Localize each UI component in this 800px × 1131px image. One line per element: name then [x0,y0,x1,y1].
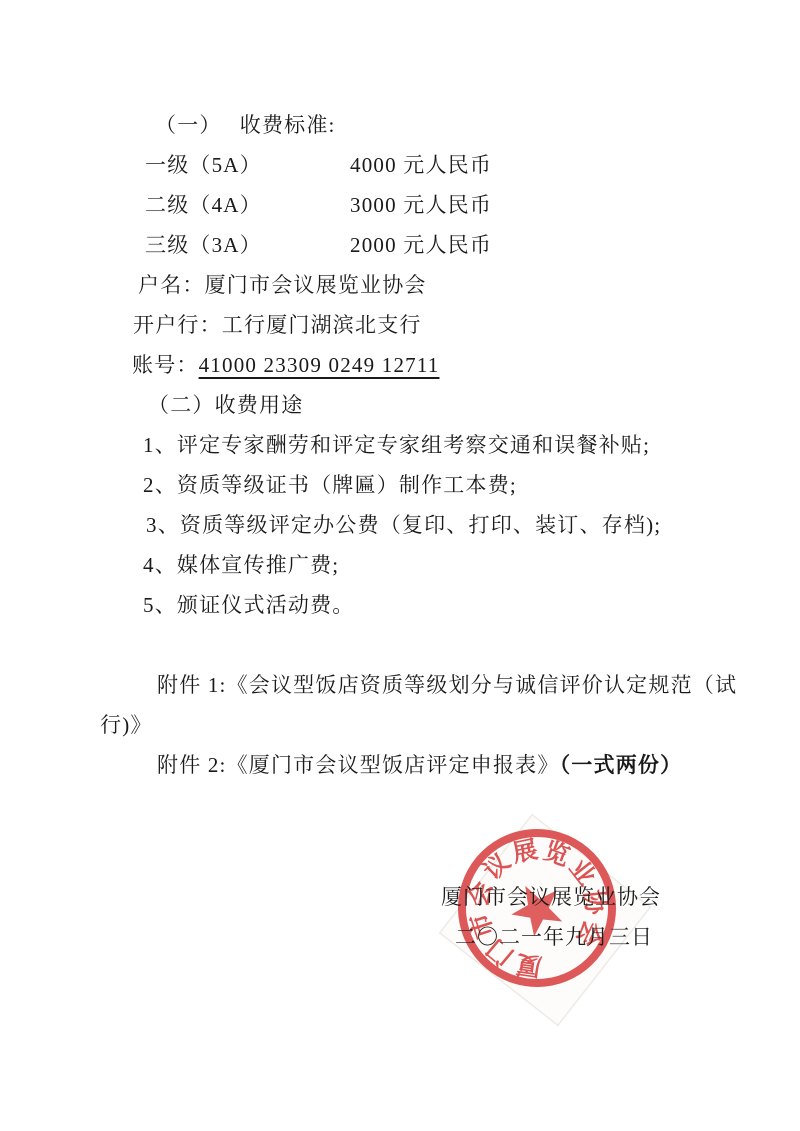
signature-date: 二〇二一年九月三日 [455,917,653,957]
usage-item-2: 2、资质等级证书（牌匾）制作工本费; [100,465,700,505]
usage-item-5: 5、颁证仪式活动费。 [100,585,700,625]
attachment-1-line-1: 附件 1:《会议型饭店资质等级划分与诚信评价认定规范（试 [100,665,700,705]
document-body: （一） 收费标准: 一级（5A）4000 元人民币 二级（4A）3000 元人民… [100,105,700,785]
grade-label-2: 二级（4A） [100,185,350,225]
usage-item-4: 4、媒体宣传推广费; [100,545,700,585]
spacer [100,625,700,665]
account-name-line: 户名：厦门市会议展览业协会 [100,265,700,305]
grade-amount-1: 4000 元人民币 [350,153,492,177]
account-number: 41000 23309 0249 12711 [199,353,440,377]
account-number-line: 账号：41000 23309 0249 12711 [100,345,700,385]
grade-row-2: 二级（4A）3000 元人民币 [100,185,700,225]
grade-row-3: 三级（3A）2000 元人民币 [100,225,700,265]
grade-amount-2: 3000 元人民币 [350,193,492,217]
attachment-2-title: 附件 2:《厦门市会议型饭店评定申报表》 [157,753,560,777]
usage-item-3: 3、资质等级评定办公费（复印、打印、装订、存档); [100,505,700,545]
grade-label-3: 三级（3A） [100,225,350,265]
heading-fee-usage: （二）收费用途 [100,385,700,425]
grade-amount-3: 2000 元人民币 [350,233,492,257]
svg-text:览: 览 [540,836,573,872]
account-number-label: 账号： [132,353,199,377]
grade-row-1: 一级（5A）4000 元人民币 [100,145,700,185]
signature-org: 厦门市会议展览业协会 [441,877,661,917]
grade-label-1: 一级（5A） [100,145,350,185]
attachment-1-line-2: 行)》 [100,705,700,745]
attachment-2-copies-note: （一式两份） [560,753,683,777]
svg-text:展: 展 [510,835,540,868]
heading-fee-standard: （一） 收费标准: [100,105,700,145]
usage-item-1: 1、评定专家酬劳和评定专家组考察交通和误餐补贴; [100,425,700,465]
bank-line: 开户行：工行厦门湖滨北支行 [100,305,700,345]
attachment-2-line: 附件 2:《厦门市会议型饭店评定申报表》（一式两份） [100,745,700,785]
